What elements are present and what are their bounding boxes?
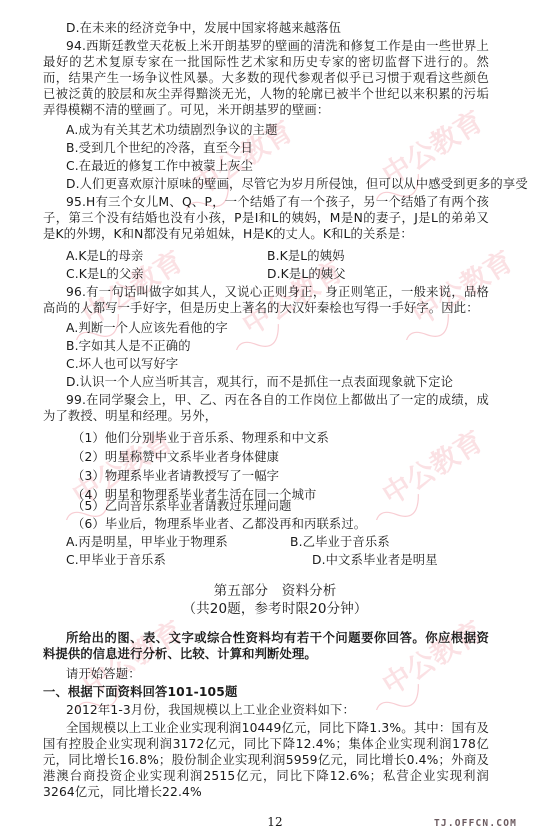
site-url: TJ.OFFCN.COM bbox=[434, 818, 517, 829]
q94-option-b: B.受到几个世纪的冷落，直至今日 bbox=[66, 140, 253, 156]
section-subtitle: （共20题，参考时限20分钟） bbox=[0, 601, 550, 617]
q94-option-d: D.人们更喜欢原汁原味的壁画，尽管它为岁月所侵蚀，但可以从中感受到更多的享受 bbox=[66, 176, 528, 192]
document-page: 中公教育 中公教育 中公教育 中公教育 中公教育 中公教育 bbox=[0, 0, 550, 836]
q95-stem: 95.H有三个女儿M、Q、P，一个结婚了有一个孩子，另一个结婚了有两个孩子，第三… bbox=[43, 194, 489, 242]
q94-option-a: A.成为有关其艺术功绩剧烈争议的主题 bbox=[66, 122, 278, 138]
q99-option-a: A.丙是明星，甲毕业于物理系 bbox=[66, 534, 228, 550]
q96-stem: 96.有一句话叫做字如其人，又说心正则身正，身正则笔正，一般来说，品格高尚的人都… bbox=[43, 284, 489, 316]
q94-option-c: C.在最近的修复工作中被蒙上灰尘 bbox=[66, 158, 253, 174]
section-instructions: 所给出的图、表、文字或综合性资料均有若干个问题要你回答。你应根据资料提供的信息进… bbox=[43, 630, 489, 662]
q93-option-d: D.在未来的经济竞争中，发展中国家将越来越落伍 bbox=[66, 20, 341, 36]
q96-option-d: D.认识一个人应当听其言，观其行，而不是抓住一点表面现象就下定论 bbox=[66, 374, 453, 390]
q95-option-d: D.K是L的姨父 bbox=[267, 266, 346, 282]
q99-condition-5: （5）乙向音乐系毕业者请教过乐理问题 bbox=[72, 498, 292, 514]
q95-option-c: C.K是L的父亲 bbox=[66, 266, 144, 282]
q95-option-a: A.K是L的母亲 bbox=[66, 248, 143, 264]
q99-option-b: B.乙毕业于音乐系 bbox=[290, 534, 390, 550]
q99-condition-1: （1）他们分别毕业于音乐系、物理系和中文系 bbox=[72, 430, 329, 446]
group-heading: 一、根据下面资料回答101-105题 bbox=[43, 684, 237, 700]
q96-option-a: A.判断一个人应该先看他的字 bbox=[66, 320, 228, 336]
watermark-logo: 中公教育 bbox=[340, 430, 520, 520]
q94-stem: 94.西斯廷教堂天花板上米开朗基罗的壁画的清洗和修复工作是由一些世界上最好的艺术… bbox=[43, 38, 489, 118]
q99-condition-3: （3）物理系毕业者请教授写了一幅字 bbox=[72, 468, 279, 484]
q99-condition-6: （6）毕业后，物理系毕业者、乙都没再和丙联系过。 bbox=[72, 516, 366, 532]
data-body: 全国规模以上工业企业实现利润10449亿元，同比下降1.3%。其中：国有及国有控… bbox=[43, 720, 489, 800]
data-intro: 2012年1-3月份，我国规模以上工业企业资料如下： bbox=[66, 702, 355, 718]
q99-option-d: D.中文系毕业者是明星 bbox=[312, 552, 438, 568]
q99-stem: 99.在同学聚会上，甲、乙、丙在各自的工作岗位上都做出了一定的成绩，成为了教授、… bbox=[43, 392, 489, 424]
q96-option-b: B.字如其人是不正确的 bbox=[66, 338, 191, 354]
section-title: 第五部分 资料分析 bbox=[0, 583, 550, 599]
q95-option-b: B.K是L的姨妈 bbox=[267, 248, 345, 264]
q99-condition-2: （2）明星称赞中文系毕业者身体健康 bbox=[72, 449, 279, 465]
q96-option-c: C.坏人也可以写好字 bbox=[66, 356, 178, 372]
svg-text:中公教育: 中公教育 bbox=[376, 430, 488, 512]
q99-option-c: C.甲毕业于音乐系 bbox=[66, 552, 166, 568]
start-prompt: 请开始答题： bbox=[66, 666, 141, 682]
